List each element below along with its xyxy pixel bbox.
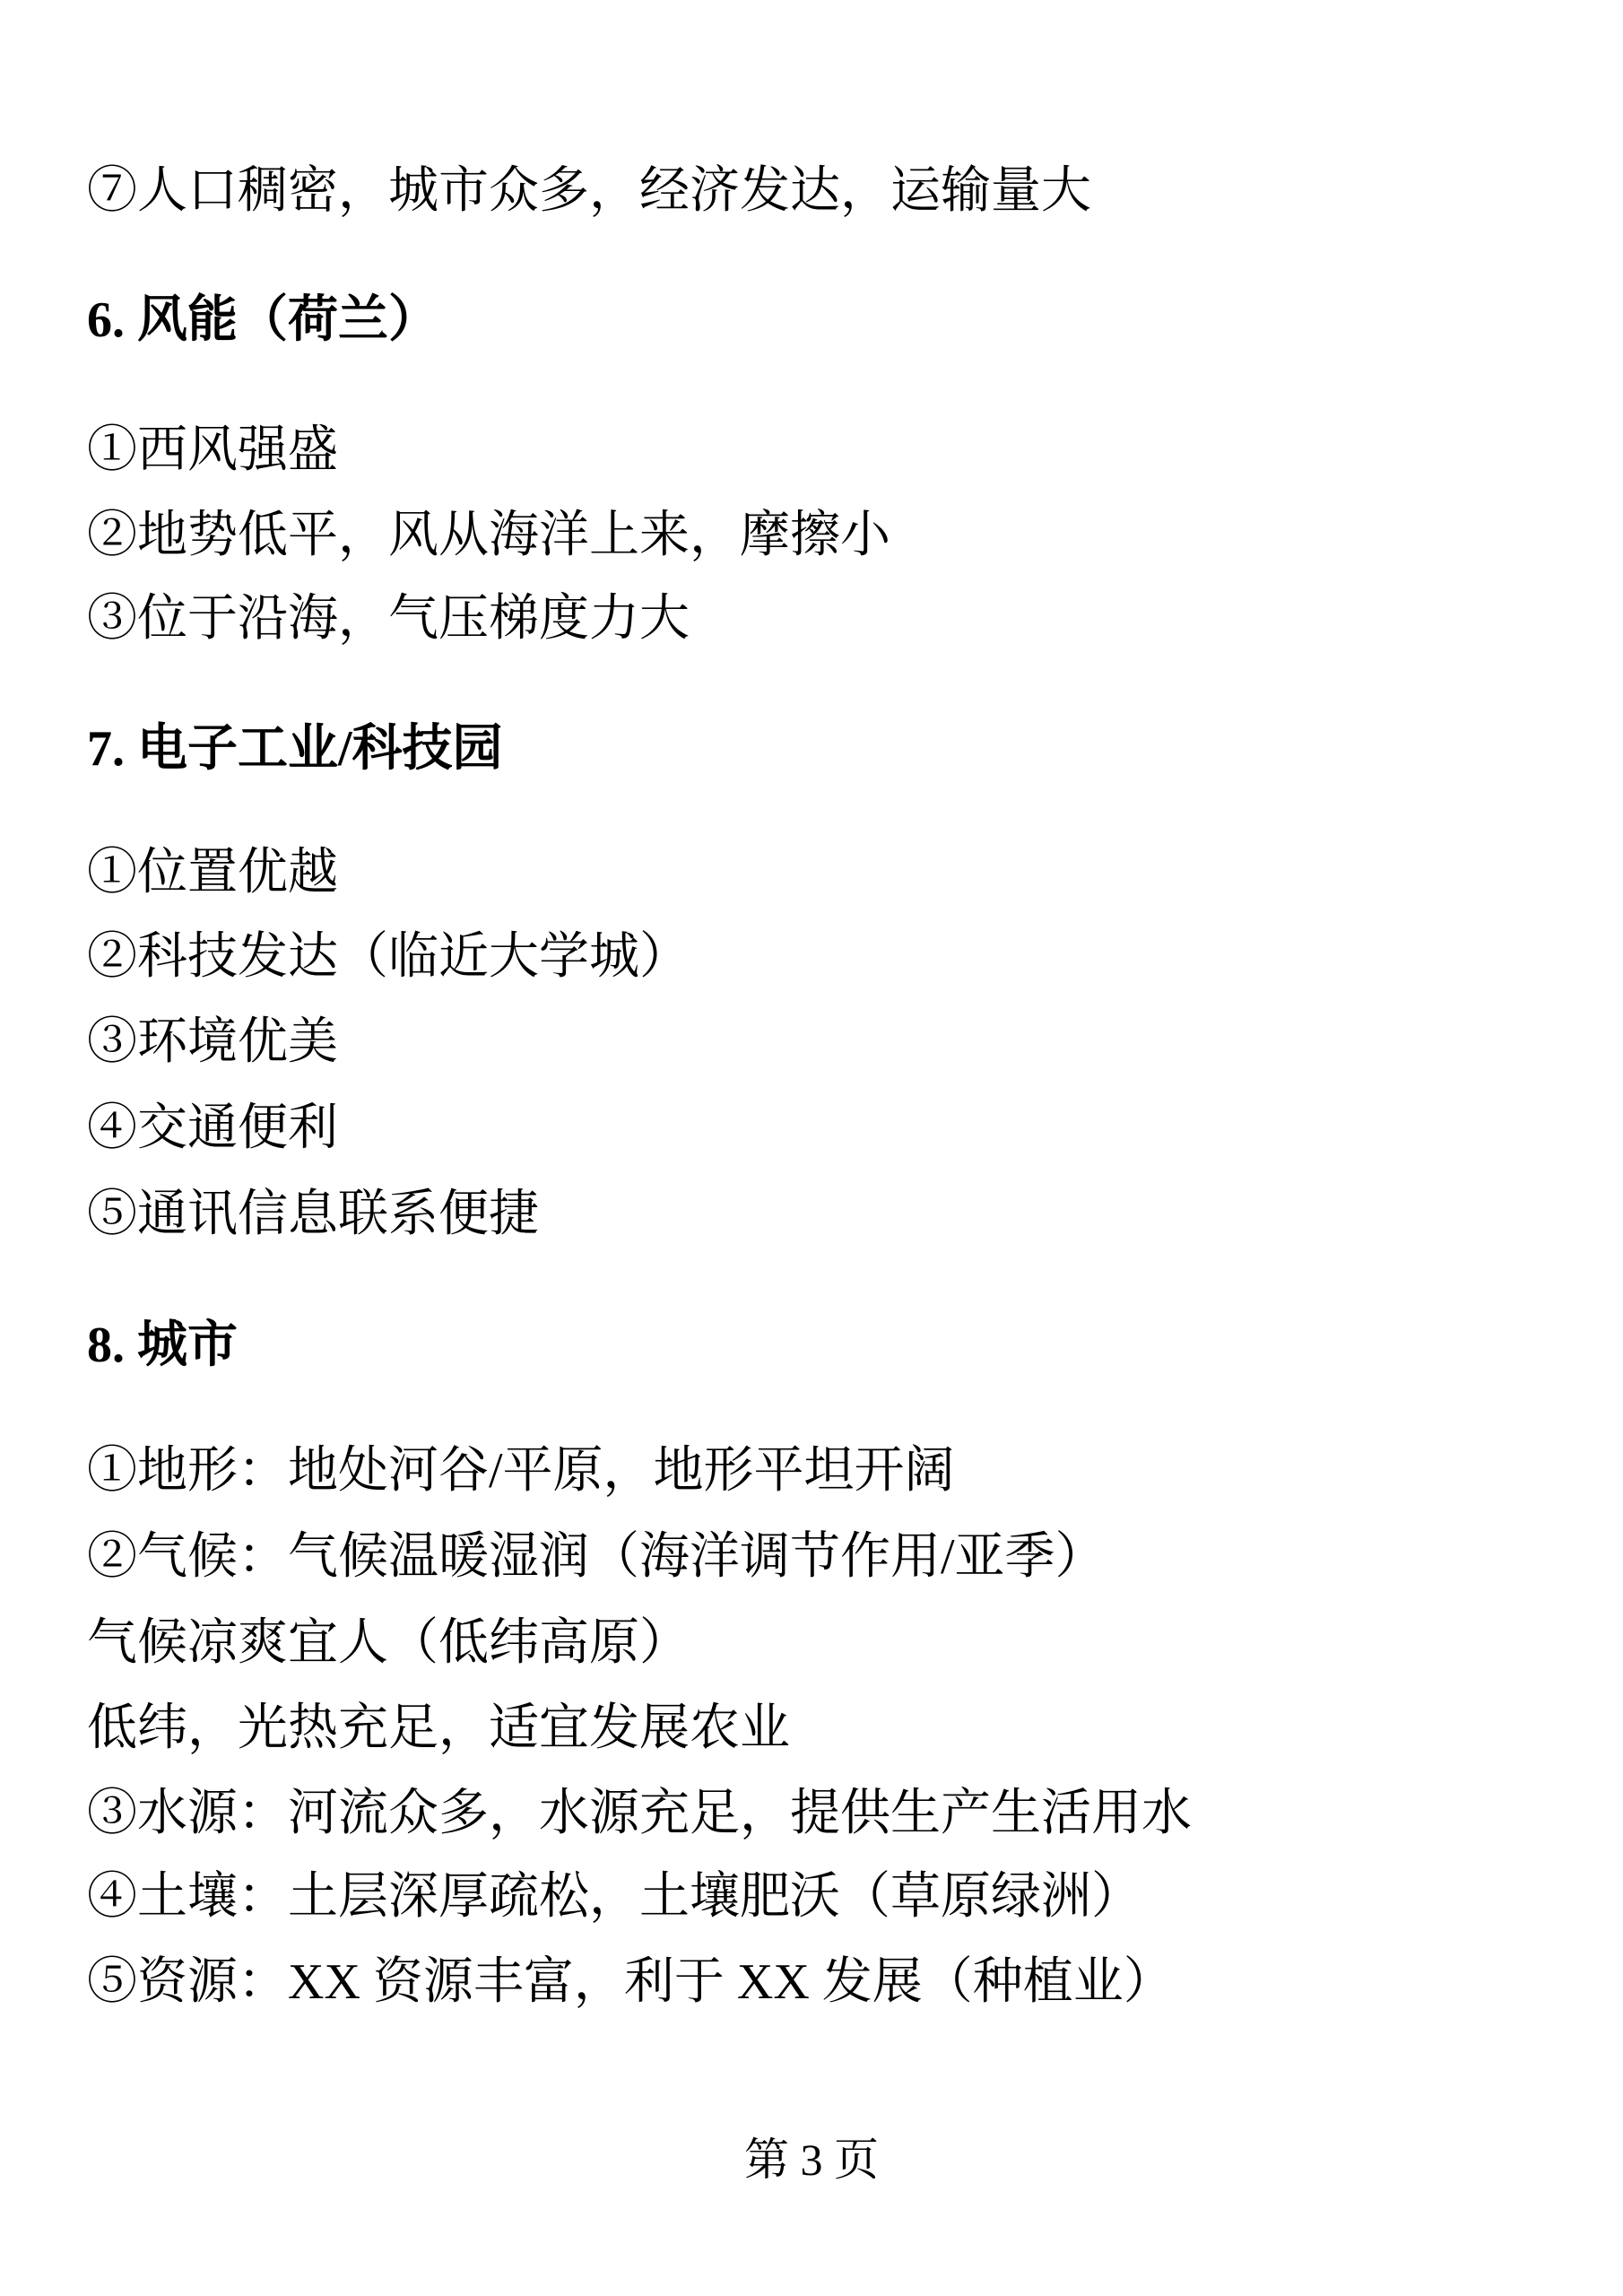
list-item-5-communication: ⑤通讯信息联系便捷 bbox=[87, 1172, 539, 1257]
list-item-4-transport: ④交通便利 bbox=[87, 1086, 338, 1171]
document-page: ⑦人口稠密，城市众多，经济发达，运输量大 6. 风能（荷兰） ①西风强盛 ②地势… bbox=[0, 0, 1623, 2296]
list-item-1-location: ①位置优越 bbox=[87, 831, 338, 916]
list-item-1-terrain: ①地形：地处河谷/平原，地形平坦开阔 bbox=[87, 1429, 955, 1514]
list-item-4-soil: ④土壤：土层深厚疏松，土壤肥沃（草原绿洲） bbox=[87, 1855, 1141, 1940]
list-item-5-resources: ⑤资源：XX 资源丰富，利于 XX 发展（种植业） bbox=[87, 1940, 1174, 2025]
list-item-1-westerlies: ①西风强盛 bbox=[87, 408, 338, 493]
list-item-3-coastal-pressure: ③位于沿海，气压梯度力大 bbox=[87, 577, 690, 662]
list-item-2-technology: ②科技发达（临近大学城） bbox=[87, 915, 690, 1000]
section-heading-7-electronics: 7. 电子工业/科技园 bbox=[87, 707, 503, 792]
list-item-7-population: ⑦人口稠密，城市众多，经济发达，运输量大 bbox=[87, 149, 1091, 234]
list-item-3-water-source: ③水源：河流众多，水源充足，提供生产生活用水 bbox=[87, 1771, 1192, 1857]
section-heading-8-city: 8. 城市 bbox=[87, 1303, 238, 1388]
line-climate-cool-plateau: 气候凉爽宜人（低纬高原） bbox=[87, 1601, 690, 1686]
section-heading-6-wind-energy: 6. 风能（荷兰） bbox=[87, 278, 438, 363]
line-low-latitude-agriculture: 低纬，光热充足，适宜发展农业 bbox=[87, 1686, 790, 1771]
list-item-3-environment: ③环境优美 bbox=[87, 1000, 338, 1085]
page-number: 第 3 页 bbox=[0, 2118, 1623, 2203]
list-item-2-climate: ②气候：气候温暖湿润（海洋调节作用/亚季） bbox=[87, 1515, 1106, 1600]
list-item-2-low-terrain: ②地势低平，风从海洋上来，摩擦小 bbox=[87, 493, 890, 578]
